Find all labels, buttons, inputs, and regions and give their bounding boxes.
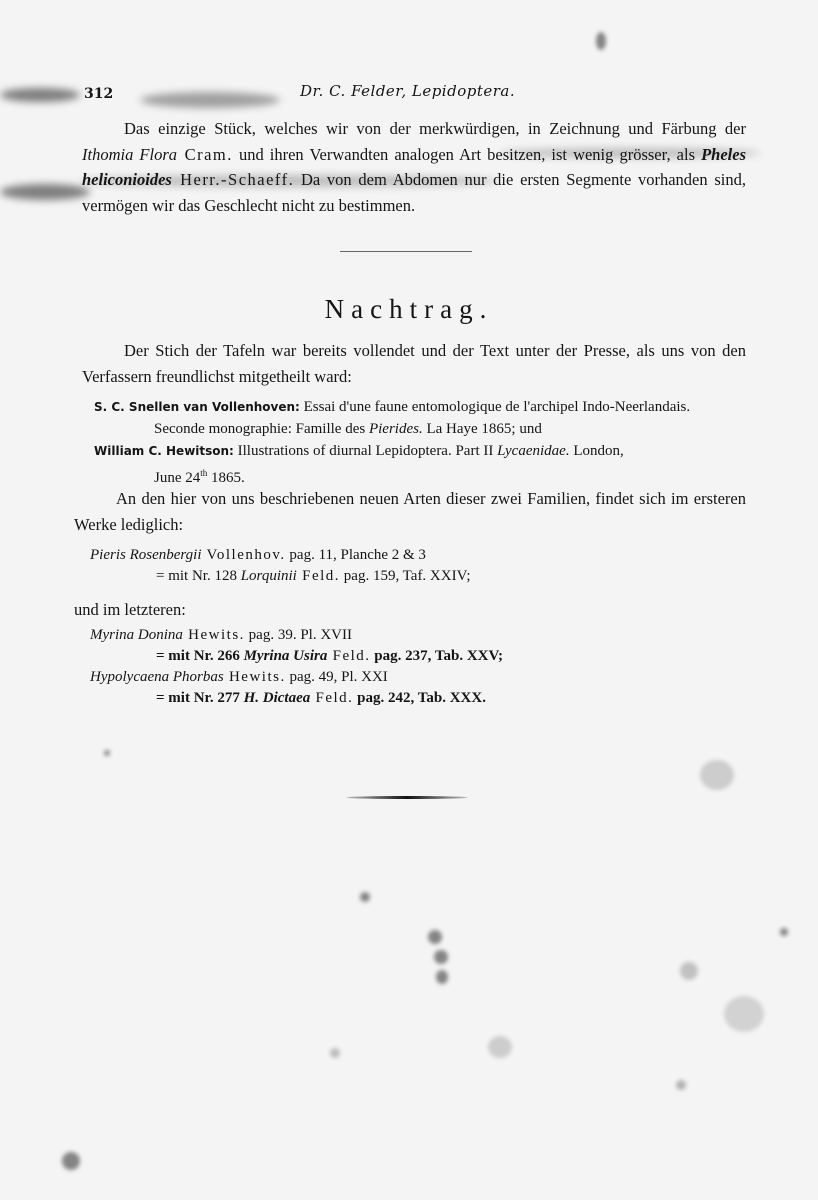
text-run: = mit Nr. 277 <box>156 690 244 706</box>
taxon-name: Myrina Donina <box>90 627 183 643</box>
reference-entry: S. C. Snellen van Vollenhoven: Essai d'u… <box>94 396 746 440</box>
page-number: 312 <box>84 86 113 102</box>
reference-title: Illustrations of diurnal Lepidoptera. Pa… <box>234 443 497 459</box>
intro-paragraph: Das einzige Stück, welches wir von der m… <box>82 116 746 218</box>
scanned-page: 312 Dr. C. Felder, Lepidoptera. Das einz… <box>0 0 818 1200</box>
ink-smudge <box>0 184 90 200</box>
stain-spot <box>680 962 698 980</box>
taxon-author: Feld. <box>327 648 370 664</box>
reference-author: William C. Hewitson: <box>94 444 234 458</box>
text-run: = mit Nr. 266 <box>156 648 244 664</box>
second-paragraph: An den hier von uns beschriebenen neuen … <box>74 486 746 537</box>
stain-spot <box>596 32 606 50</box>
taxon-name: Lycaenidae. <box>497 443 569 459</box>
stain-spot <box>676 1080 686 1090</box>
reference-line: William C. Hewitson: Illustrations of di… <box>94 440 746 462</box>
synonym-line: Pieris Rosenbergii Vollenhov. pag. 11, P… <box>90 545 470 566</box>
text-run: Seconde monographie: Famille des <box>154 421 369 437</box>
third-paragraph: und im letzteren: <box>74 597 738 623</box>
taxon-author: Hewits. <box>183 627 245 643</box>
reference-line: S. C. Snellen van Vollenhoven: Essai d'u… <box>94 396 746 418</box>
reference-entry: William C. Hewitson: Illustrations of di… <box>94 440 746 489</box>
section-heading: Nachtrag. <box>0 294 818 325</box>
taxon-name: Pierides. <box>369 421 423 437</box>
text-run: und ihren Verwandten analogen Art besitz… <box>233 145 701 164</box>
synonym-line: Myrina Donina Hewits. pag. 39. Pl. XVII <box>90 625 503 646</box>
taxon-name: Ithomia Flora <box>82 145 177 164</box>
taxon-author: Cram. <box>177 145 233 164</box>
taxon-author: Feld. <box>297 568 340 584</box>
taxon-name: Pieris Rosenbergii <box>90 547 202 563</box>
stain-spot <box>330 1048 340 1058</box>
stain-spot <box>780 928 788 936</box>
synonym-line: Hypolycaena Phorbas Hewits. pag. 49, Pl.… <box>90 667 503 688</box>
taxon-name: Hypolycaena Phorbas <box>90 669 224 685</box>
synonym-equivalence: = mit Nr. 266 Myrina Usira Feld. pag. 23… <box>90 646 503 667</box>
reference-title: Essai d'une faune entomologique de l'arc… <box>300 399 690 415</box>
nachtrag-paragraph: Der Stich der Tafeln war bereits vollend… <box>82 338 746 389</box>
ink-smudge <box>0 88 80 102</box>
running-header: 312 Dr. C. Felder, Lepidoptera. <box>84 82 754 106</box>
reference-author: S. C. Snellen van Vollenhoven: <box>94 400 300 414</box>
text-run: Das einzige Stück, welches wir von der m… <box>124 119 746 138</box>
stain-spot <box>700 760 734 790</box>
stain-spot <box>434 950 448 964</box>
page-reference: pag. 237, Tab. XXV; <box>371 648 503 664</box>
taxon-name: Myrina Usira <box>244 648 328 664</box>
stain-spot <box>428 930 442 944</box>
synonym-equivalence: = mit Nr. 277 H. Dictaea Feld. pag. 242,… <box>90 688 503 709</box>
synonym-equivalence: = mit Nr. 128 Lorquinii Feld. pag. 159, … <box>90 566 470 587</box>
reference-line: Seconde monographie: Famille des Pieride… <box>94 418 746 440</box>
page-reference: pag. 49, Pl. XXI <box>286 669 388 685</box>
text-run: June 24 <box>154 470 200 486</box>
text-run: 1865. <box>207 470 245 486</box>
taxon-name: H. Dictaea <box>244 690 311 706</box>
end-divider <box>346 796 468 799</box>
taxon-name: Lorquinii <box>241 568 297 584</box>
synonym-entry: Myrina Donina Hewits. pag. 39. Pl. XVII … <box>90 625 503 709</box>
text-run: La Haye 1865; und <box>423 421 542 437</box>
stain-spot <box>488 1036 512 1058</box>
stain-spot <box>104 750 110 756</box>
stain-spot <box>724 996 764 1032</box>
stain-spot <box>436 970 448 984</box>
page-reference: pag. 39. Pl. XVII <box>245 627 352 643</box>
taxon-author: Herr.-Schaeff. <box>172 170 294 189</box>
page-reference: pag. 159, Taf. XXIV; <box>340 568 470 584</box>
taxon-author: Hewits. <box>224 669 286 685</box>
section-divider <box>340 251 472 252</box>
taxon-author: Vollenhov. <box>202 547 286 563</box>
page-reference: pag. 11, Planche 2 & 3 <box>286 547 426 563</box>
text-run: London, <box>570 443 624 459</box>
reference-line: June 24th 1865. <box>94 462 746 489</box>
stain-spot <box>62 1152 80 1170</box>
text-run: = mit Nr. 128 <box>156 568 241 584</box>
stain-spot <box>360 892 370 902</box>
running-title: Dr. C. Felder, Lepidoptera. <box>300 82 515 100</box>
synonym-entry: Pieris Rosenbergii Vollenhov. pag. 11, P… <box>90 545 470 587</box>
taxon-author: Feld. <box>310 690 353 706</box>
page-reference: pag. 242, Tab. XXX. <box>353 690 486 706</box>
